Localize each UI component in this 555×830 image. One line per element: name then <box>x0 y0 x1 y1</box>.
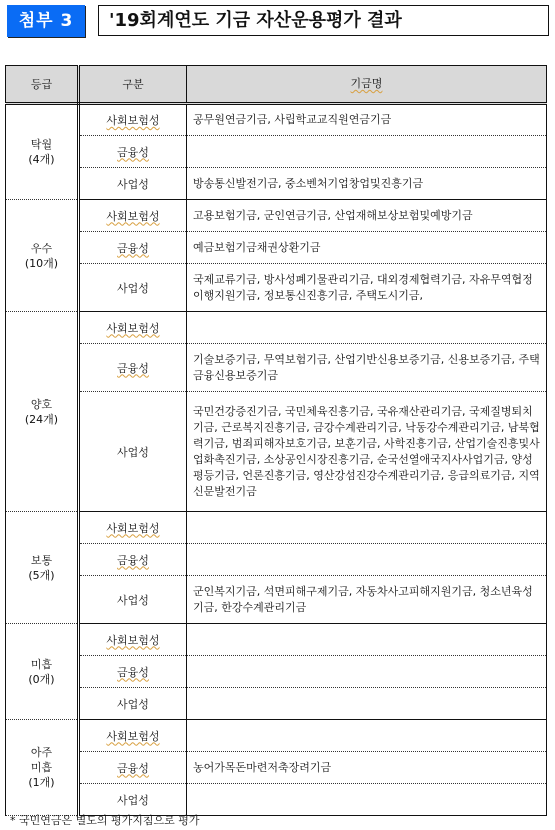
category-cell: 금융성 <box>79 656 187 688</box>
table-row: 미흡(0개)사회보험성 <box>6 624 547 656</box>
grade-label: 탁월 <box>6 137 77 152</box>
grade-cell: 탁월(4개) <box>6 104 79 200</box>
category-label: 사회보험성 <box>106 634 159 647</box>
table-row: 금융성기술보증기금, 무역보험기금, 산업기반신용보증기금, 신용보증기금, 주… <box>6 344 547 392</box>
category-cell: 사회보험성 <box>79 624 187 656</box>
category-label: 사업성 <box>117 594 149 607</box>
category-cell: 사업성 <box>79 576 187 624</box>
column-header-category: 구분 <box>79 66 187 104</box>
fund-names-cell: 농어가목돈마련저축장려기금 <box>187 752 547 784</box>
category-label: 사업성 <box>117 698 149 711</box>
category-label: 사회보험성 <box>106 114 159 127</box>
category-label: 금융성 <box>117 666 149 679</box>
fund-names-cell <box>187 688 547 720</box>
grade-count: (10개) <box>6 256 77 271</box>
footnote: * 국민연금은 별도의 평가지침으로 평가 <box>10 812 200 828</box>
grade-label: 양호 <box>6 397 77 412</box>
category-cell: 사회보험성 <box>79 720 187 752</box>
category-cell: 사회보험성 <box>79 512 187 544</box>
table-row: 사업성군인복지기금, 석면피해구제기금, 자동차사고피해지원기금, 청소년육성기… <box>6 576 547 624</box>
fund-names-cell <box>187 624 547 656</box>
category-cell: 사회보험성 <box>79 200 187 232</box>
table-row: 사업성 <box>6 784 547 816</box>
table-row: 사업성 <box>6 688 547 720</box>
table-row: 아주 미흡(1개)사회보험성 <box>6 720 547 752</box>
table-body: 탁월(4개)사회보험성공무원연금기금, 사립학교교직원연금기금금융성사업성방송통… <box>6 104 547 816</box>
fund-names-cell <box>187 136 547 168</box>
fund-names-cell: 공무원연금기금, 사립학교교직원연금기금 <box>187 104 547 136</box>
grade-count: (1개) <box>6 775 77 790</box>
grade-label: 우수 <box>6 241 77 256</box>
grade-count: (4개) <box>6 152 77 167</box>
category-cell: 금융성 <box>79 544 187 576</box>
category-label: 사업성 <box>117 794 149 807</box>
grade-cell: 보통(5개) <box>6 512 79 624</box>
grade-count: (24개) <box>6 412 77 427</box>
category-cell: 사업성 <box>79 264 187 312</box>
grade-cell: 양호(24개) <box>6 312 79 512</box>
grade-label: 아주 미흡 <box>6 745 77 775</box>
fund-names-cell <box>187 784 547 816</box>
category-cell: 금융성 <box>79 752 187 784</box>
table-row: 양호(24개)사회보험성 <box>6 312 547 344</box>
category-label: 금융성 <box>117 242 149 255</box>
fund-names-cell: 예금보험기금채권상환기금 <box>187 232 547 264</box>
fund-names-cell: 방송통신발전기금, 중소벤처기업창업및진흥기금 <box>187 168 547 200</box>
category-label: 사업성 <box>117 178 149 191</box>
table-row: 금융성 <box>6 656 547 688</box>
category-label: 금융성 <box>117 554 149 567</box>
attachment-badge: 첨부 3 <box>7 5 85 37</box>
table-row: 사업성국민건강증진기금, 국민체육진흥기금, 국유재산관리기금, 국제질병퇴치기… <box>6 392 547 512</box>
table-row: 금융성예금보험기금채권상환기금 <box>6 232 547 264</box>
table-row: 사업성방송통신발전기금, 중소벤처기업창업및진흥기금 <box>6 168 547 200</box>
table-row: 금융성농어가목돈마련저축장려기금 <box>6 752 547 784</box>
grade-count: (0개) <box>6 672 77 687</box>
category-cell: 사업성 <box>79 392 187 512</box>
fund-names-cell <box>187 312 547 344</box>
table-row: 금융성 <box>6 136 547 168</box>
category-label: 금융성 <box>117 362 149 375</box>
fund-names-cell: 고용보험기금, 군인연금기금, 산업재해보상보험및예방기금 <box>187 200 547 232</box>
table-row: 사업성국제교류기금, 방사성폐기물관리기금, 대외경제협력기금, 자유무역협정이… <box>6 264 547 312</box>
table-row: 보통(5개)사회보험성 <box>6 512 547 544</box>
fund-evaluation-table: 등급 구분 기금명 탁월(4개)사회보험성공무원연금기금, 사립학교교직원연금기… <box>5 65 547 816</box>
category-cell: 금융성 <box>79 232 187 264</box>
column-header-grade: 등급 <box>6 66 79 104</box>
fund-names-cell: 군인복지기금, 석면피해구제기금, 자동차사고피해지원기금, 청소년육성기금, … <box>187 576 547 624</box>
category-label: 금융성 <box>117 146 149 159</box>
category-label: 사회보험성 <box>106 322 159 335</box>
fund-names-cell <box>187 720 547 752</box>
table-header-row: 등급 구분 기금명 <box>6 66 547 104</box>
title-row: 첨부 3 '19회계연도 기금 자산운용평가 결과 <box>7 5 549 37</box>
fund-names-cell: 기술보증기금, 무역보험기금, 산업기반신용보증기금, 신용보증기금, 주택금융… <box>187 344 547 392</box>
category-cell: 사회보험성 <box>79 104 187 136</box>
column-header-fund-name: 기금명 <box>187 66 547 104</box>
grade-cell: 아주 미흡(1개) <box>6 720 79 816</box>
fund-names-cell <box>187 656 547 688</box>
grade-cell: 우수(10개) <box>6 200 79 312</box>
fund-names-cell: 국민건강증진기금, 국민체육진흥기금, 국유재산관리기금, 국제질병퇴치기금, … <box>187 392 547 512</box>
grade-cell: 미흡(0개) <box>6 624 79 720</box>
category-label: 사회보험성 <box>106 730 159 743</box>
fund-names-cell <box>187 544 547 576</box>
category-cell: 금융성 <box>79 136 187 168</box>
category-label: 사업성 <box>117 282 149 295</box>
grade-label: 미흡 <box>6 657 77 672</box>
category-cell: 사업성 <box>79 168 187 200</box>
fund-names-cell <box>187 512 547 544</box>
page-title: '19회계연도 기금 자산운용평가 결과 <box>98 5 549 36</box>
category-label: 사회보험성 <box>106 522 159 535</box>
fund-names-cell: 국제교류기금, 방사성폐기물관리기금, 대외경제협력기금, 자유무역협정이행지원… <box>187 264 547 312</box>
category-cell: 금융성 <box>79 344 187 392</box>
category-cell: 사업성 <box>79 688 187 720</box>
category-label: 사회보험성 <box>106 210 159 223</box>
table-row: 금융성 <box>6 544 547 576</box>
table-row: 우수(10개)사회보험성고용보험기금, 군인연금기금, 산업재해보상보험및예방기… <box>6 200 547 232</box>
category-cell: 사회보험성 <box>79 312 187 344</box>
table-row: 탁월(4개)사회보험성공무원연금기금, 사립학교교직원연금기금 <box>6 104 547 136</box>
category-label: 금융성 <box>117 762 149 775</box>
grade-count: (5개) <box>6 568 77 583</box>
category-label: 사업성 <box>117 446 149 459</box>
grade-label: 보통 <box>6 553 77 568</box>
category-cell: 사업성 <box>79 784 187 816</box>
